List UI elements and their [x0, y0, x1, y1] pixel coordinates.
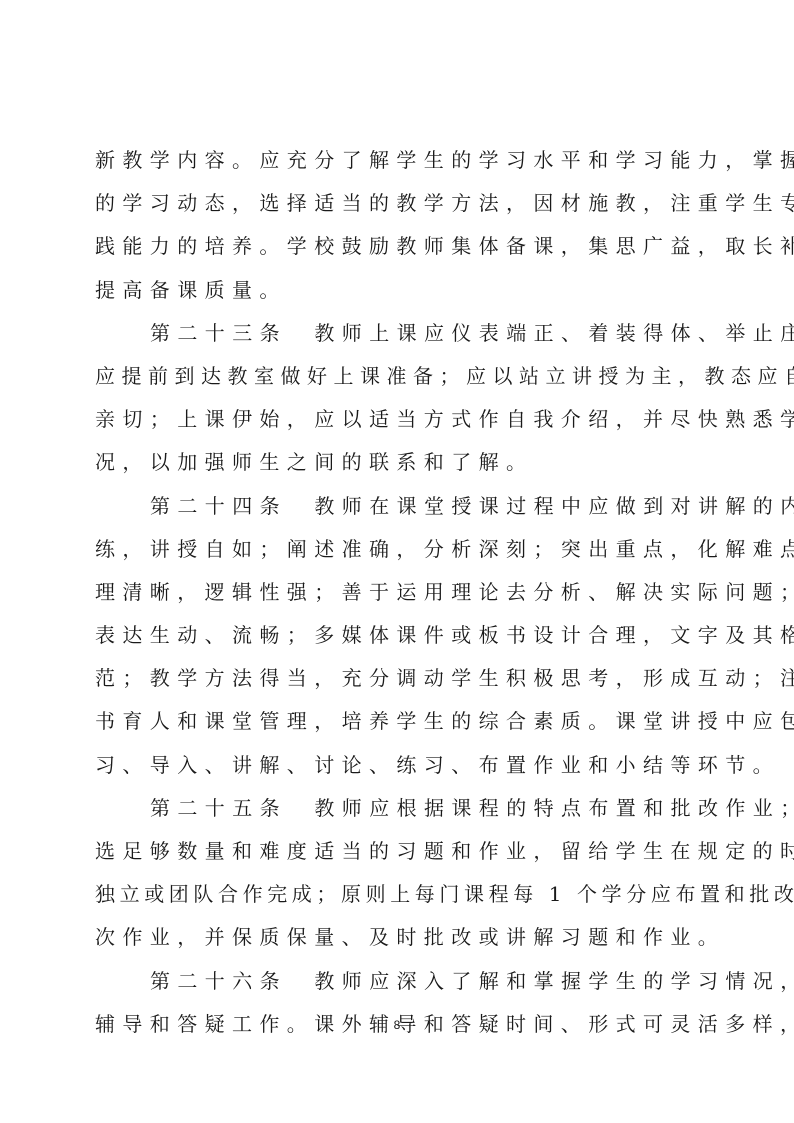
page-number: 8: [0, 1018, 794, 1032]
text-line: 应提前到达教室做好上课准备；应以站立讲授为主，教态应自然、: [95, 358, 705, 401]
text-line: 践能力的培养。学校鼓励教师集体备课，集思广益，取长补短，: [95, 228, 705, 271]
text-line: 提高备课质量。: [95, 272, 705, 315]
text-line: 书育人和课堂管理，培养学生的综合素质。课堂讲授中应包含复: [95, 703, 705, 746]
text-line: 范；教学方法得当，充分调动学生积极思考，形成互动；注重教: [95, 660, 705, 703]
text-line: 的学习动态，选择适当的教学方法，因材施教，注重学生专业实: [95, 185, 705, 228]
text-line: 选足够数量和难度适当的习题和作业，留给学生在规定的时间内: [95, 833, 705, 876]
text-line: 新教学内容。应充分了解学生的学习水平和学习能力，掌握学生: [95, 142, 705, 185]
body-text: 新教学内容。应充分了解学生的学习水平和学习能力，掌握学生 的学习动态，选择适当的…: [95, 142, 705, 1049]
article-25-heading-line: 第二十五条 教师应根据课程的特点布置和批改作业；应精: [95, 790, 705, 833]
text-line: 次作业，并保质保量、及时批改或讲解习题和作业。: [95, 919, 705, 962]
text-line: 况，以加强师生之间的联系和了解。: [95, 444, 705, 487]
text-line: 独立或团队合作完成；原则上每门课程每 1 个学分应布置和批改 2: [95, 876, 705, 919]
article-23-heading-line: 第二十三条 教师上课应仪表端正、着装得体、举止庄重；: [95, 315, 705, 358]
text-line: 习、导入、讲解、讨论、练习、布置作业和小结等环节。: [95, 747, 705, 790]
text-line: 表达生动、流畅；多媒体课件或板书设计合理，文字及其格式规: [95, 617, 705, 660]
text-line: 理清晰，逻辑性强；善于运用理论去分析、解决实际问题；语言: [95, 574, 705, 617]
article-24-heading-line: 第二十四条 教师在课堂授课过程中应做到对讲解的内容熟: [95, 488, 705, 531]
text-line: 练，讲授自如；阐述准确，分析深刻；突出重点，化解难点，条: [95, 531, 705, 574]
article-26-heading-line: 第二十六条 教师应深入了解和掌握学生的学习情况，做好: [95, 963, 705, 1006]
text-line: 亲切；上课伊始，应以适当方式作自我介绍，并尽快熟悉学生状: [95, 401, 705, 444]
document-page: 新教学内容。应充分了解学生的学习水平和学习能力，掌握学生 的学习动态，选择适当的…: [0, 0, 794, 1123]
